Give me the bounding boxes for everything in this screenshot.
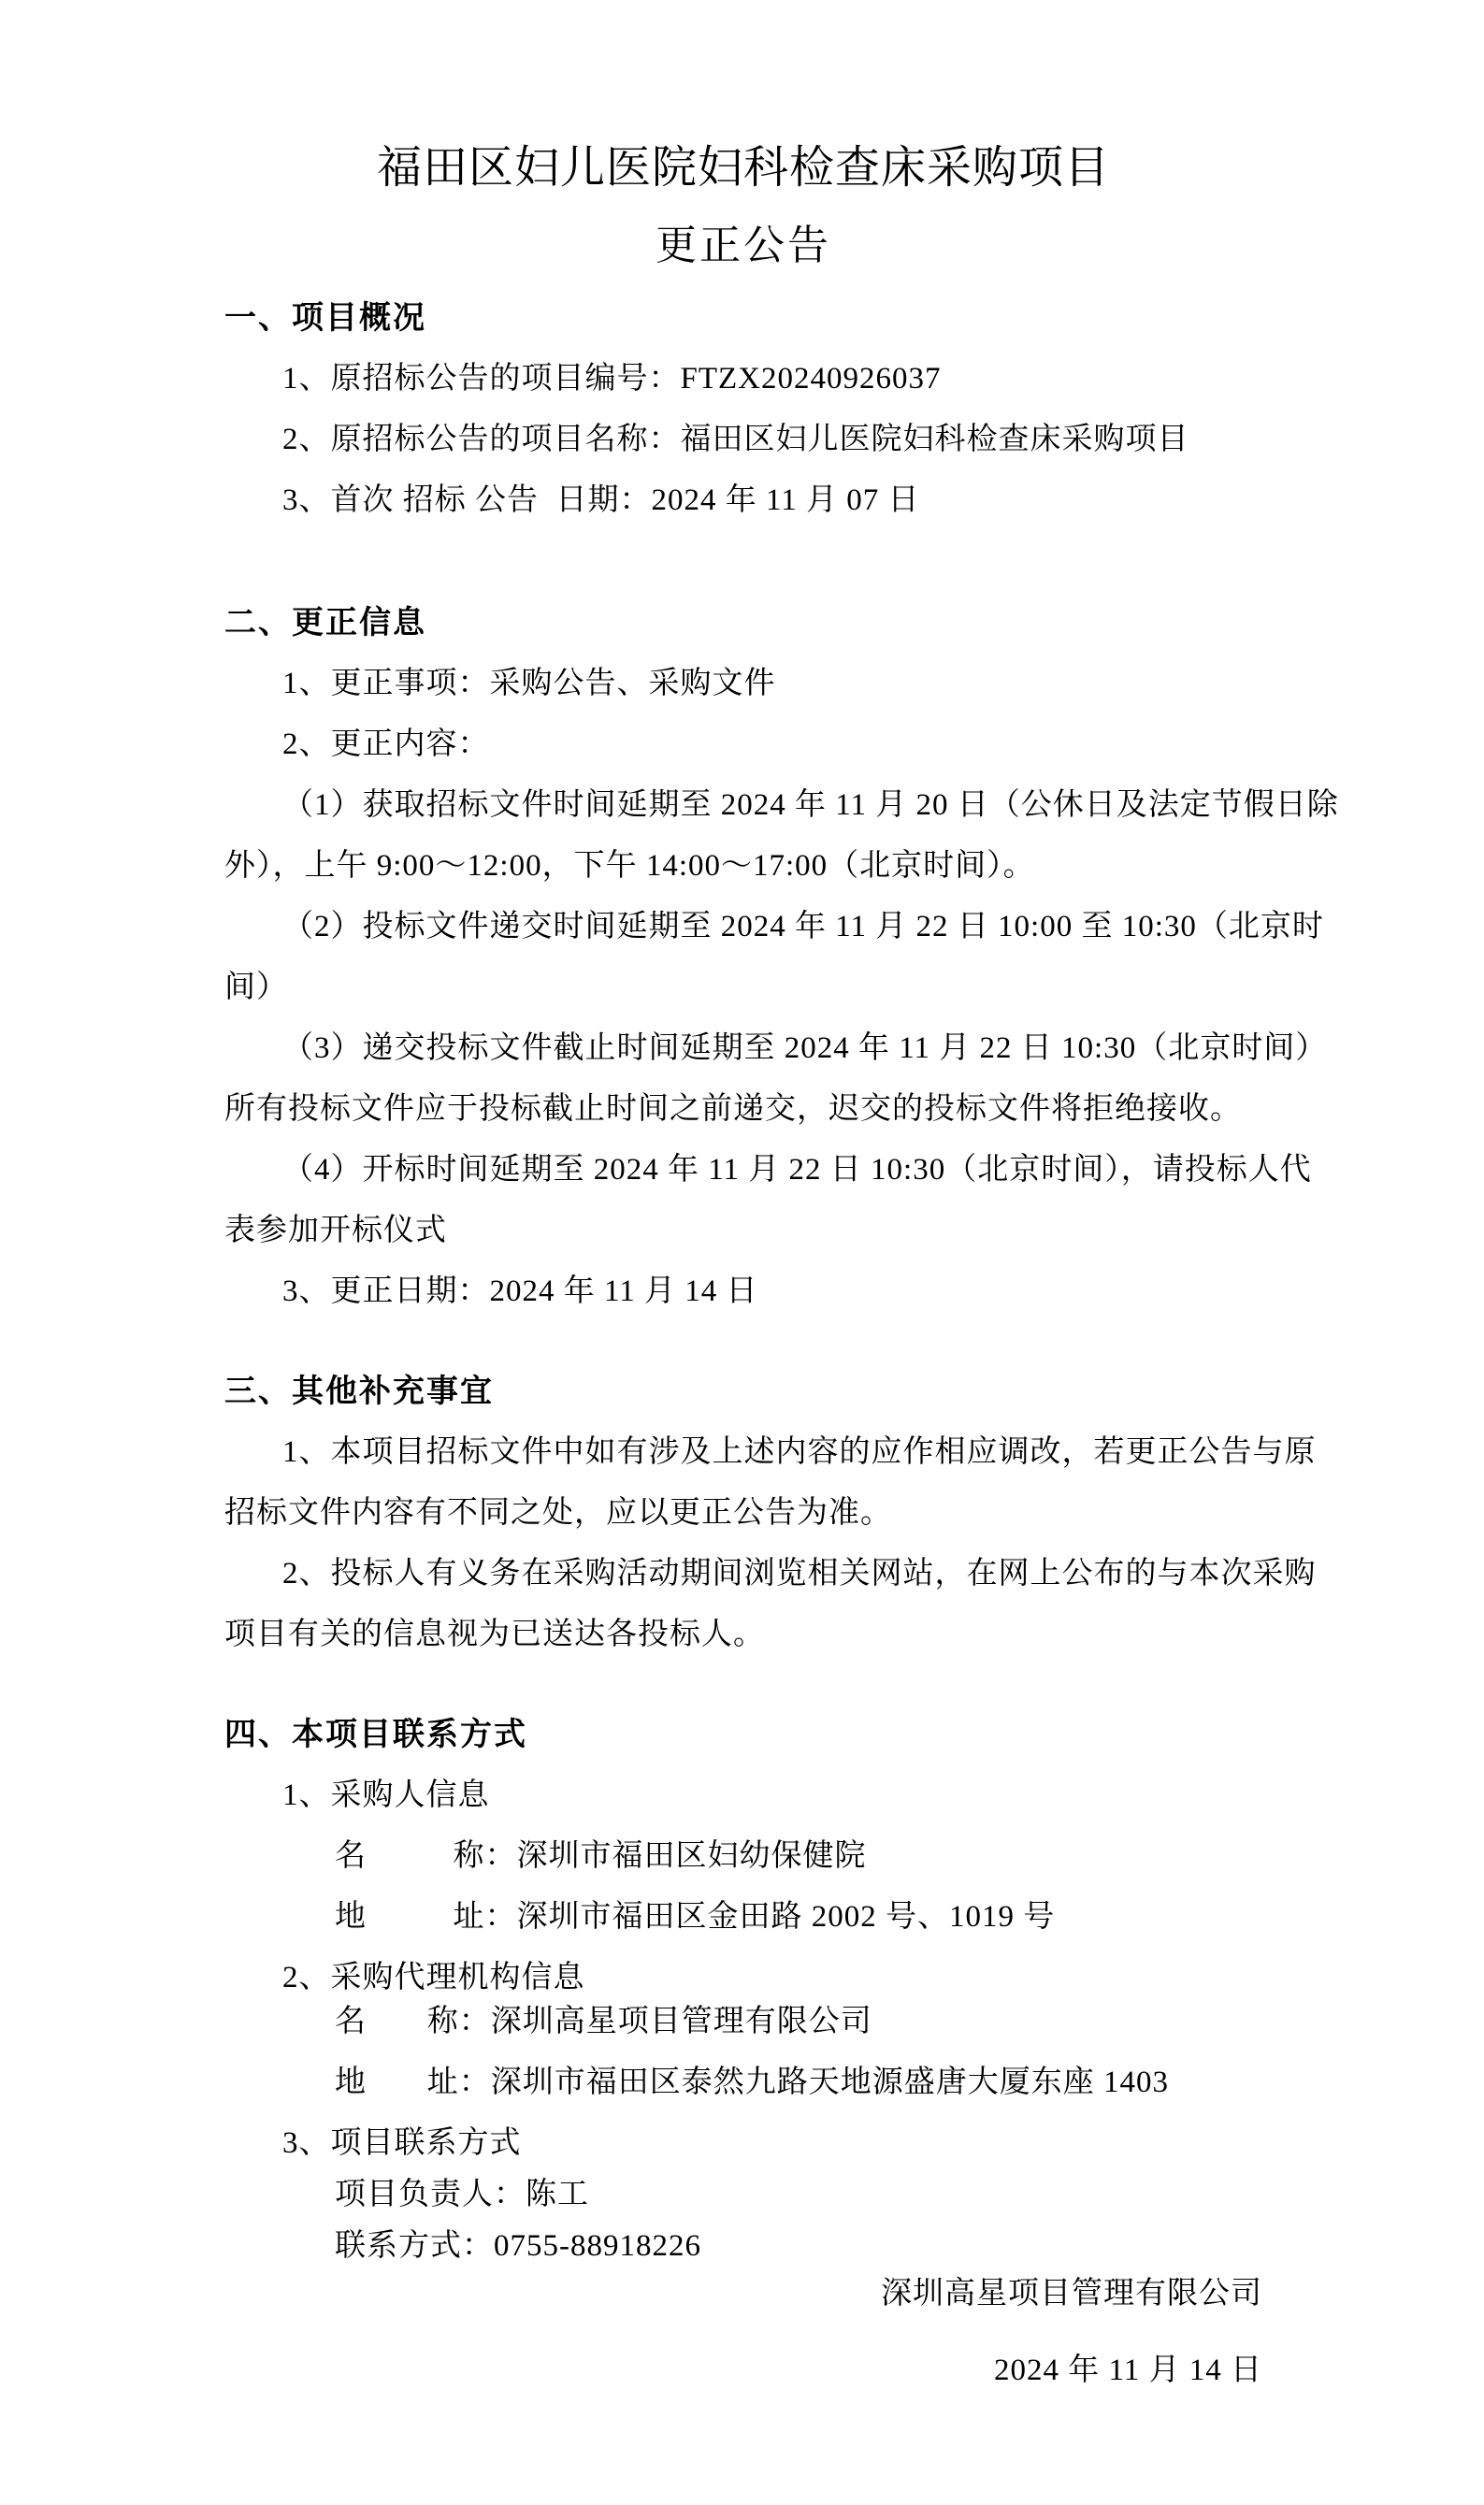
doc-subtitle: 更正公告 [224, 210, 1262, 281]
s2-p4-line1: （4）开标时间延期至 2024 年 11 月 22 日 10:30（北京时间），… [224, 1140, 1262, 1201]
s1-item-project-name: 2、原招标公告的项目名称：福田区妇儿医院妇科检查床采购项目 [224, 410, 1262, 470]
s1-item-first-announce-date: 3、首次 招标 公告 日期：2024 年 11 月 07 日 [224, 470, 1262, 531]
s4-heading: 四、本项目联系方式 [224, 1705, 1262, 1765]
buyer-address-line: 地 址：深圳市福田区金田路 2002 号、1019 号 [224, 1887, 1262, 1948]
s2-p2-line2: 间） [224, 957, 1262, 1018]
s2-heading: 二、更正信息 [224, 593, 1262, 654]
s3-p2-line1: 2、投标人有义务在采购活动期间浏览相关网站，在网上公布的与本次采购 [224, 1544, 1262, 1605]
agent-name-line: 名 称：深圳高星项目管理有限公司 [224, 1992, 1262, 2052]
s2-p1-line2: 外），上午 9:00～12:00，下午 14:00～17:00（北京时间）。 [224, 836, 1262, 897]
s2-p3-line1: （3）递交投标文件截止时间延期至 2024 年 11 月 22 日 10:30（… [224, 1018, 1262, 1079]
s2-p3-line2: 所有投标文件应于投标截止时间之前递交，迟交的投标文件将拒绝接收。 [224, 1079, 1262, 1140]
s2-item-correction-matters: 1、更正事项：采购公告、采购文件 [224, 654, 1262, 714]
doc-title: 福田区妇儿医院妇科检查床采购项目 [224, 126, 1262, 210]
s4-item-buyer-info: 1、采购人信息 [224, 1765, 1262, 1826]
s3-p1-line2: 招标文件内容有不同之处，应以更正公告为准。 [224, 1483, 1262, 1544]
s1-heading: 一、项目概况 [224, 288, 1262, 349]
s3-heading: 三、其他补充事宜 [224, 1361, 1262, 1422]
s1-item-project-number: 1、原招标公告的项目编号：FTZX20240926037 [224, 349, 1262, 410]
s3-p2-line2: 项目有关的信息视为已送达各投标人。 [224, 1605, 1262, 1665]
buyer-name-line: 名 称：深圳市福田区妇幼保健院 [224, 1826, 1262, 1887]
s2-p1-line1: （1）获取招标文件时间延期至 2024 年 11 月 20 日（公休日及法定节假… [224, 775, 1262, 836]
document-page: 福田区妇儿医院妇科检查床采购项目 更正公告 一、项目概况 1、原招标公告的项目编… [0, 0, 1484, 2505]
s2-p2-line1: （2）投标文件递交时间延期至 2024 年 11 月 22 日 10:00 至 … [224, 897, 1262, 957]
s2-item-correction-content: 2、更正内容： [224, 714, 1262, 775]
s2-item-correction-date: 3、更正日期：2024 年 11 月 14 日 [224, 1261, 1262, 1322]
agent-address-line: 地 址：深圳市福田区泰然九路天地源盛唐大厦东座 1403 [224, 2052, 1262, 2113]
footer-date: 2024 年 11 月 14 日 [224, 2340, 1262, 2401]
s3-p1-line1: 1、本项目招标文件中如有涉及上述内容的应作相应调改，若更正公告与原 [224, 1422, 1262, 1483]
s2-p4-line2: 表参加开标仪式 [224, 1201, 1262, 1261]
